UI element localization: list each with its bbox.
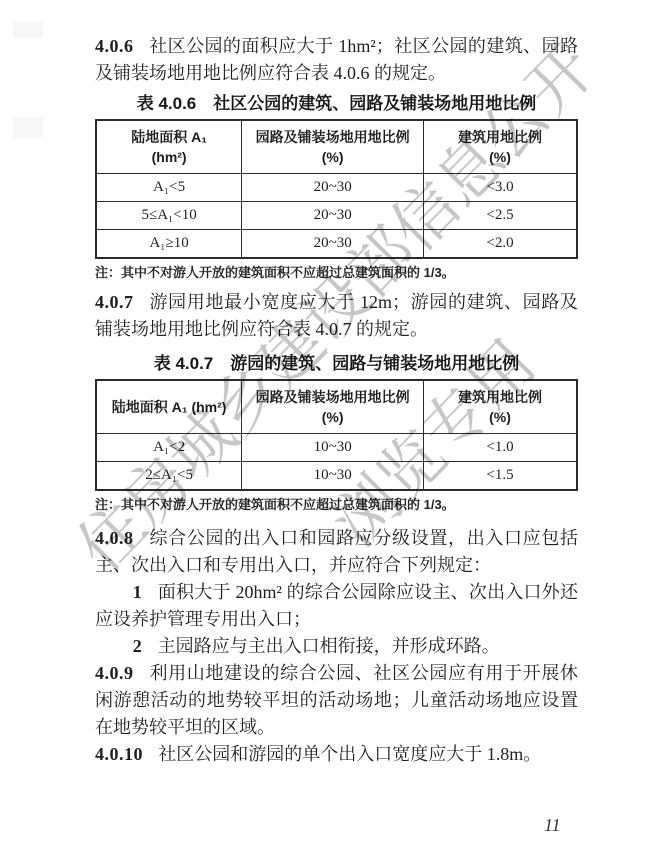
page-content: 4.0.6社区公园的面积应大于 1hm²；社区公园的建筑、园路及铺装场地用地比例… <box>95 33 578 768</box>
table-cell: A₁≥10 <box>96 230 242 259</box>
table-cell: <1.5 <box>424 462 577 491</box>
clause-text: 利用山地建设的综合公园、社区公园应有用于开展休闲游憩活动的地势较平坦的活动场地；… <box>95 663 578 737</box>
clause-number: 4.0.7 <box>95 292 134 312</box>
clause-4-0-8: 4.0.8综合公园的出入口和园路应分级设置，出入口应包括主、次出入口和专用出入口… <box>95 525 578 579</box>
clause-number: 4.0.10 <box>95 744 143 764</box>
clause-4-0-9: 4.0.9利用山地建设的综合公园、社区公园应有用于开展休闲游憩活动的地势较平坦的… <box>95 660 578 741</box>
table-cell: A₁<5 <box>96 174 242 202</box>
clause-text: 社区公园的面积应大于 1hm²；社区公园的建筑、园路及铺装场地用地比例应符合表 … <box>95 36 578 83</box>
table-4-0-7-title: 表 4.0.7 游园的建筑、园路与铺装场地用地比例 <box>95 354 578 374</box>
column-header-path-ratio: 园路及铺装场地用地比例 (%) <box>242 120 424 174</box>
scan-artifact <box>13 117 44 138</box>
table-4-0-7: 陆地面积 A₁ (hm²) 园路及铺装场地用地比例 (%) 建筑用地比例 (%)… <box>95 379 578 491</box>
column-header-land-area: 陆地面积 A₁ (hm²) <box>96 120 242 174</box>
table-header-row: 陆地面积 A₁ (hm²) 园路及铺装场地用地比例 (%) 建筑用地比例 (%) <box>96 120 577 174</box>
clause-4-0-8-item-1: 1面积大于 20hm² 的综合公园除应设主、次出入口外还应设养护管理专用出入口； <box>95 579 578 633</box>
table-cell: A₁<2 <box>96 434 242 462</box>
document-page: 住房城乡建设部信息公开 浏览专用 4.0.6社区公园的面积应大于 1hm²；社区… <box>0 0 648 859</box>
clause-4-0-7: 4.0.7游园用地最小宽度应大于 12m；游园的建筑、园路及铺装场地用地比例应符… <box>95 289 578 343</box>
table-row: A₁≥10 20~30 <2.0 <box>96 230 577 259</box>
clause-text: 游园用地最小宽度应大于 12m；游园的建筑、园路及铺装场地用地比例应符合表 4.… <box>95 292 578 339</box>
page-number: 11 <box>544 814 561 836</box>
clause-number: 4.0.9 <box>95 663 134 683</box>
scan-artifact <box>13 22 43 38</box>
table-row: 2≤A₁<5 10~30 <1.5 <box>96 462 577 491</box>
table-header-row: 陆地面积 A₁ (hm²) 园路及铺装场地用地比例 (%) 建筑用地比例 (%) <box>96 380 577 434</box>
table-cell: 10~30 <box>242 434 424 462</box>
table-cell: 20~30 <box>242 230 424 259</box>
table-4-0-6: 陆地面积 A₁ (hm²) 园路及铺装场地用地比例 (%) 建筑用地比例 (%)… <box>95 119 578 259</box>
item-number: 2 <box>133 636 143 656</box>
column-header-building-ratio: 建筑用地比例 (%) <box>424 120 577 174</box>
item-text: 面积大于 20hm² 的综合公园除应设主、次出入口外还应设养护管理专用出入口； <box>95 582 578 629</box>
table-cell: 10~30 <box>242 462 424 491</box>
clause-text: 综合公园的出入口和园路应分级设置，出入口应包括主、次出入口和专用出入口，并应符合… <box>95 528 578 575</box>
table-4-0-6-title: 表 4.0.6 社区公园的建筑、园路及铺装场地用地比例 <box>95 94 578 114</box>
table-row: A₁<5 20~30 <3.0 <box>96 174 577 202</box>
clause-text: 社区公园和游园的单个出入口宽度应大于 1.8m。 <box>158 744 541 764</box>
clause-4-0-10: 4.0.10社区公园和游园的单个出入口宽度应大于 1.8m。 <box>95 741 578 768</box>
column-header-path-ratio: 园路及铺装场地用地比例 (%) <box>242 380 424 434</box>
column-header-building-ratio: 建筑用地比例 (%) <box>424 380 577 434</box>
table-4-0-7-note: 注：其中不对游人开放的建筑面积不应超过总建筑面积的 1/3。 <box>95 497 578 512</box>
table-row: A₁<2 10~30 <1.0 <box>96 434 577 462</box>
table-cell: <1.0 <box>424 434 577 462</box>
clause-number: 4.0.8 <box>95 528 134 548</box>
table-cell: <3.0 <box>424 174 577 202</box>
table-cell: 5≤A₁<10 <box>96 202 242 230</box>
table-cell: <2.0 <box>424 230 577 259</box>
table-cell: 2≤A₁<5 <box>96 462 242 491</box>
item-text: 主园路应与主出入口相衔接，并形成环路。 <box>158 636 500 656</box>
table-4-0-6-note: 注：其中不对游人开放的建筑面积不应超过总建筑面积的 1/3。 <box>95 265 578 280</box>
clause-4-0-8-item-2: 2主园路应与主出入口相衔接，并形成环路。 <box>95 633 578 660</box>
table-cell: 20~30 <box>242 202 424 230</box>
table-row: 5≤A₁<10 20~30 <2.5 <box>96 202 577 230</box>
table-cell: <2.5 <box>424 202 577 230</box>
column-header-land-area: 陆地面积 A₁ (hm²) <box>96 380 242 434</box>
clause-number: 4.0.6 <box>95 36 134 56</box>
table-cell: 20~30 <box>242 174 424 202</box>
clause-4-0-6: 4.0.6社区公园的面积应大于 1hm²；社区公园的建筑、园路及铺装场地用地比例… <box>95 33 578 87</box>
item-number: 1 <box>133 582 143 602</box>
